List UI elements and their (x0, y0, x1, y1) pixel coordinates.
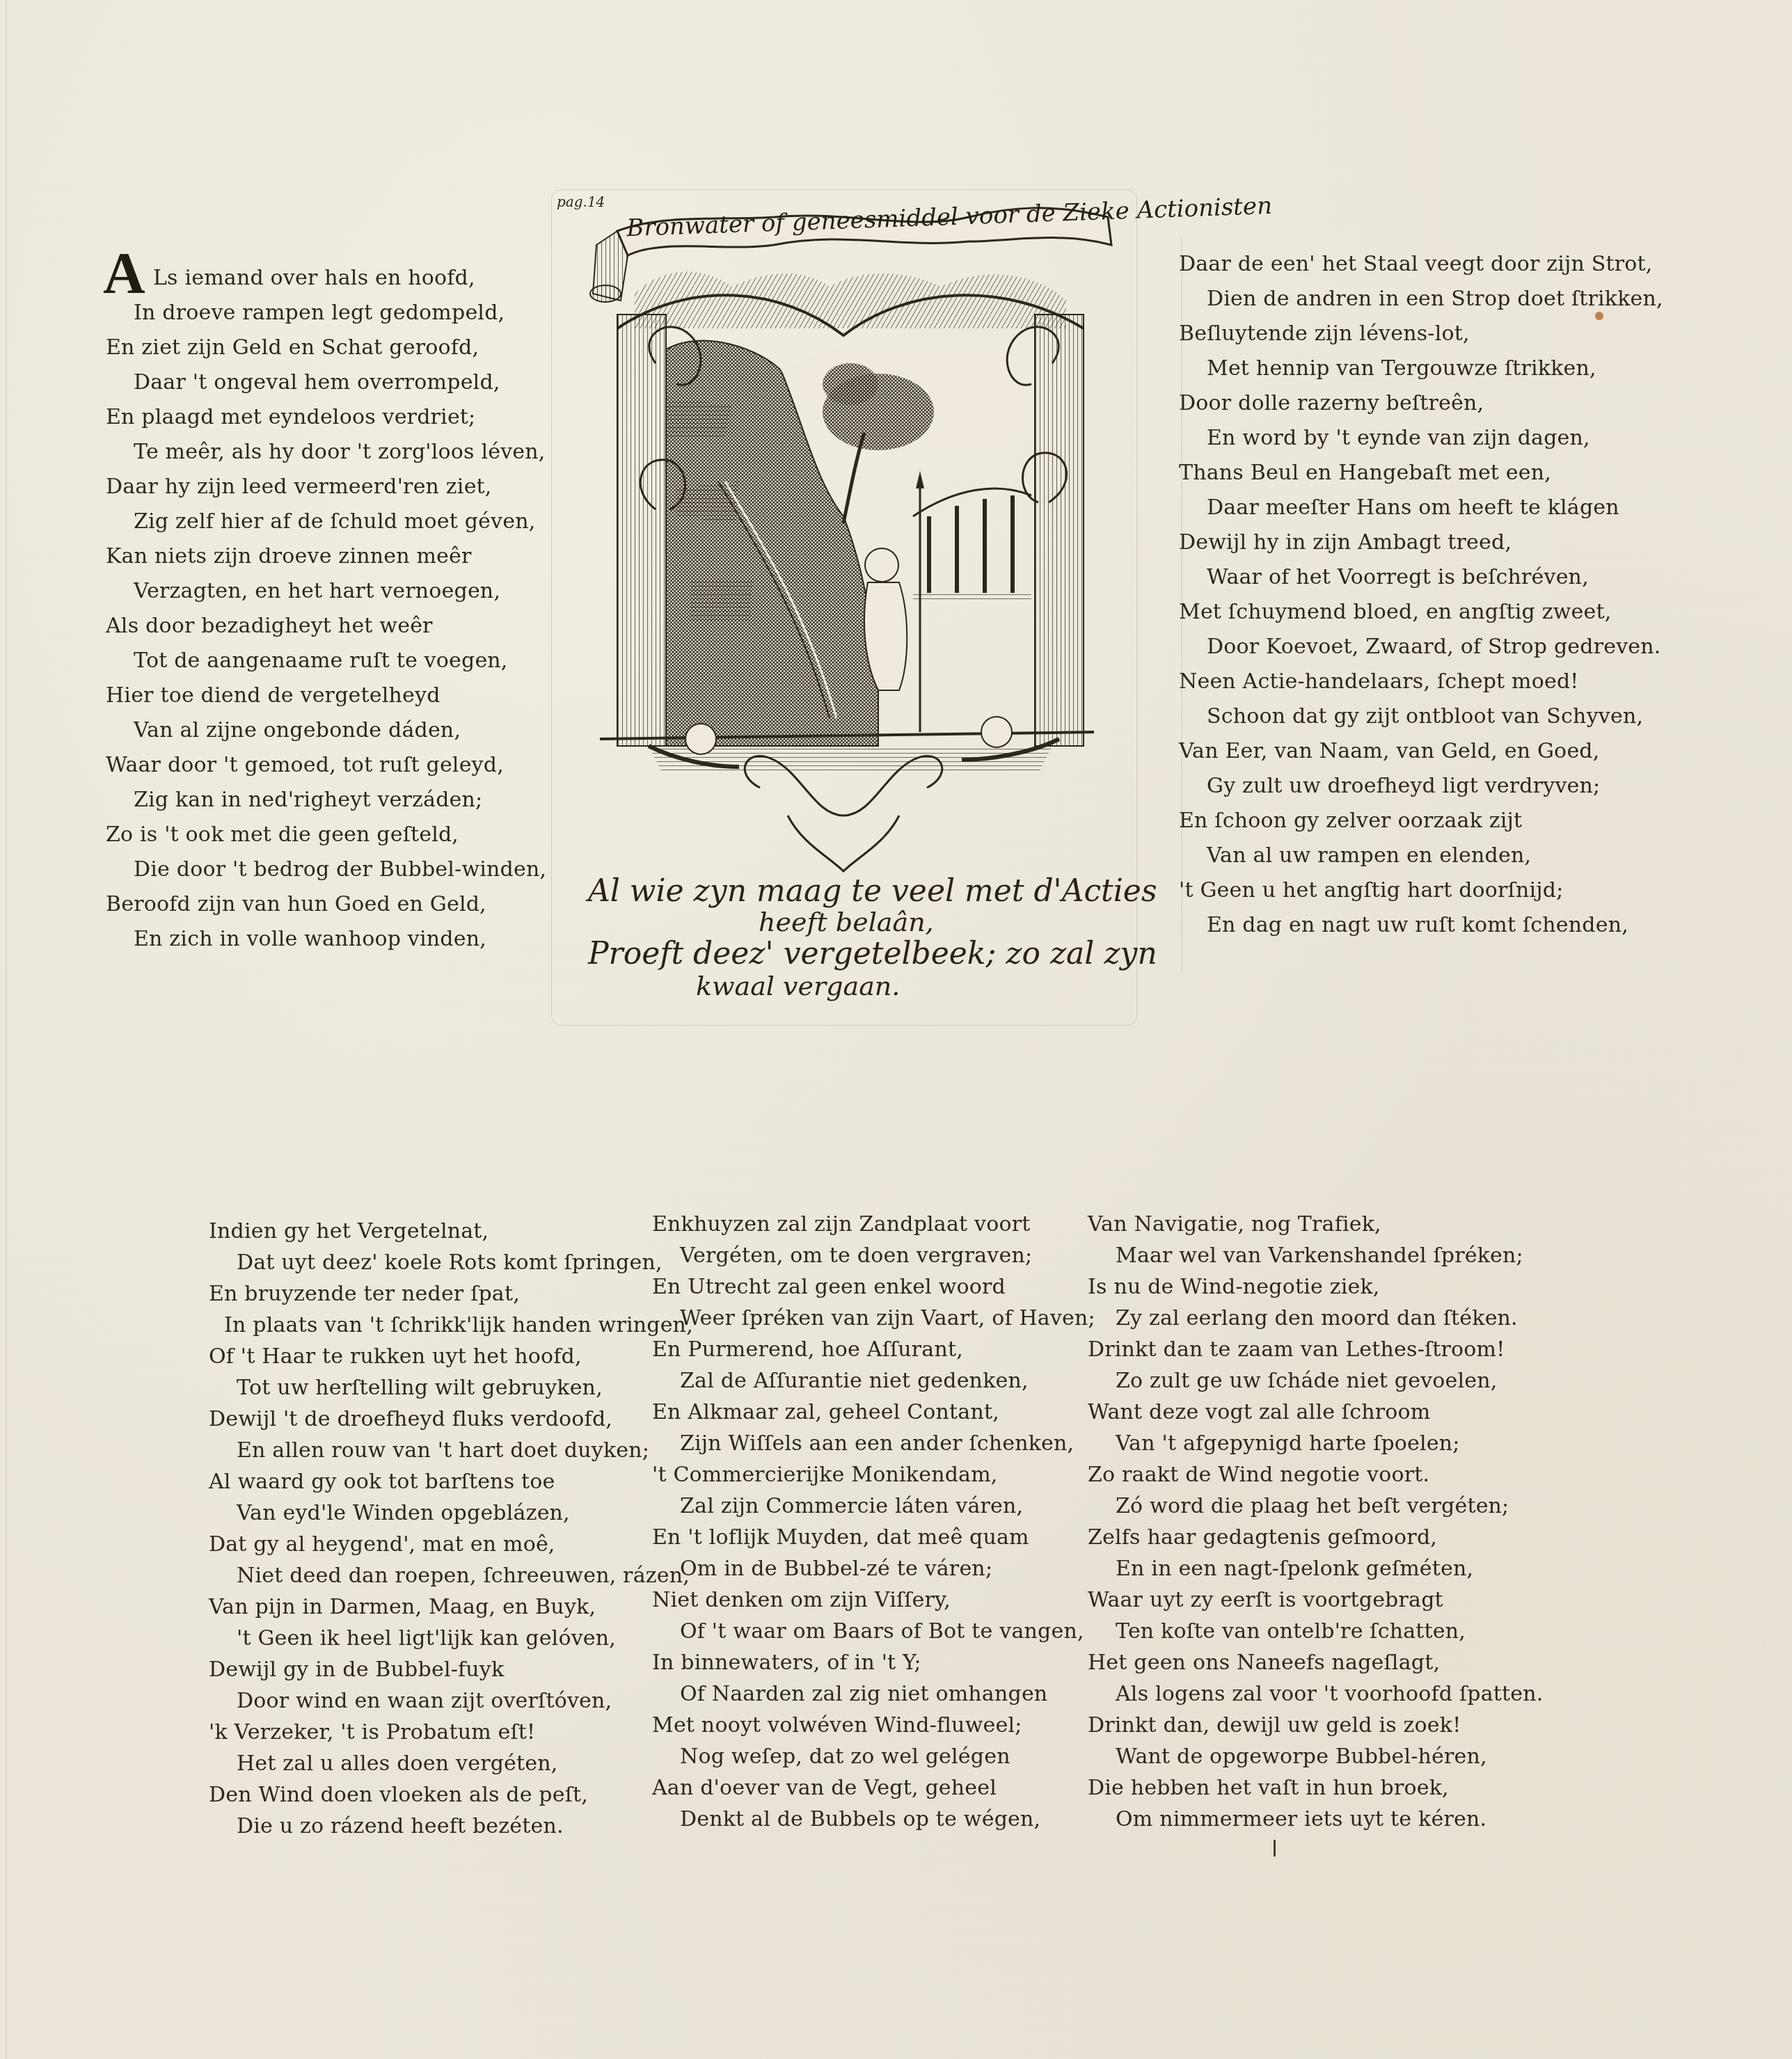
verse-line: Is nu de Wind-negotie ziek, (1088, 1273, 1380, 1301)
verse-line: Ten koſte van ontelb're ſchatten, (1116, 1618, 1466, 1646)
verse-line: Zig kan in ned'righeyt verzáden; (134, 786, 482, 814)
verse-line: Van eyd'le Winden opgeblázen, (237, 1500, 570, 1527)
ink-stain (1595, 312, 1603, 320)
verse-line: Beſluytende zijn lévens-lot, (1179, 320, 1470, 348)
verse-line: Zo zult ge uw ſcháde niet gevoelen, (1116, 1367, 1498, 1395)
verse-line: Want de opgeworpe Bubbel-héren, (1116, 1743, 1487, 1771)
verse-line: Maar wel van Varkenshandel ſpréken; (1116, 1242, 1523, 1270)
verse-line: Dewijl 't de droefheyd fluks verdoofd, (209, 1406, 612, 1433)
verse-line: Beroofd zijn van hun Goed en Geld, (106, 891, 486, 919)
verse-line: Of 't waar om Baars of Bot te vangen, (680, 1618, 1084, 1646)
verse-line: Neen Actie-handelaars, ſchept moed! (1179, 668, 1579, 696)
verse-line: En plaagd met eyndeloos verdriet; (106, 404, 475, 431)
verse-line: En allen rouw van 't hart doet duyken; (237, 1437, 649, 1465)
verse-line: Of 't Haar te rukken uyt het hoofd, (209, 1343, 582, 1371)
verse-line: Ls iemand over hals en hoofd, (153, 264, 475, 292)
verse-line: Want deze vogt zal alle ſchroom (1088, 1399, 1430, 1426)
verse-line: En bruyzende ter neder ſpat, (209, 1280, 520, 1308)
caption-line-4: kwaal vergaan. (696, 971, 900, 1001)
verse-line: Om nimmermeer iets uyt te kéren. (1116, 1806, 1486, 1834)
colonnade-icon (913, 488, 1031, 600)
verse-line: Die u zo rázend heeft bezéten. (237, 1813, 564, 1841)
verse-line: Van al zijne ongebonde dáden, (134, 717, 461, 745)
verse-line: En dag en nagt uw ruſt komt ſchenden, (1207, 912, 1628, 939)
verse-line: Met nooyt volwéven Wind-fluweel; (652, 1712, 1022, 1740)
verse-line: Die door 't bedrog der Bubbel-winden, (134, 856, 546, 884)
verse-line: Van al uw rampen en elenden, (1207, 842, 1531, 870)
verse-line: Of Naarden zal zig niet omhangen (680, 1680, 1047, 1708)
verse-line: Denkt al de Bubbels op te wégen, (680, 1806, 1040, 1834)
verse-line: En Utrecht zal geen enkel woord (652, 1273, 1006, 1301)
verse-line: Niet denken om zijn Viſſery, (652, 1587, 951, 1614)
verse-line: Zelfs haar gedagtenis geſmoord, (1088, 1524, 1437, 1552)
verse-line: Aan d'oever van de Vegt, geheel (652, 1774, 997, 1802)
verse-line: Het zal u alles doen vergéten, (237, 1750, 558, 1778)
verse-line: In droeve rampen legt gedompeld, (134, 299, 505, 327)
verse-line: Waar uyt zy eerſt is voortgebragt (1088, 1587, 1443, 1614)
verse-line: Van Navigatie, nog Trafiek, (1088, 1211, 1381, 1239)
verse-line: En Purmerend, hoe Aſſurant, (652, 1336, 963, 1364)
left-pillar (617, 315, 666, 746)
verse-line: Dewijl hy in zijn Ambagt treed, (1179, 529, 1512, 557)
verse-line: 'k Verzeker, 't is Probatum eſt! (209, 1719, 535, 1747)
verse-line: Als logens zal voor 't voorhoofd ſpatten… (1116, 1680, 1543, 1708)
verse-line: Den Wind doen vloeken als de peſt, (209, 1781, 588, 1809)
caption-line-2: heeft belaân, (759, 907, 934, 937)
verse-line: Van 't afgepynigd harte ſpoelen; (1116, 1430, 1460, 1458)
verse-line: En ſchoon gy zelver oorzaak zijt (1179, 807, 1522, 835)
verse-line: Zó word die plaag het beſt vergéten; (1116, 1493, 1509, 1520)
verse-line: 't Geen ik heel ligt'lijk kan gelóven, (237, 1625, 616, 1653)
verse-line: Tot uw herſtelling wilt gebruyken, (237, 1374, 603, 1402)
verse-line: Te meêr, als hy door 't zorg'loos léven, (134, 438, 546, 466)
verse-line: Zal de Aſſurantie niet gedenken, (680, 1367, 1029, 1395)
verse-line: En zich in volle wanhoop vinden, (134, 925, 486, 953)
verse-line: Waar of het Voorregt is beſchréven, (1207, 564, 1589, 591)
verse-line: Van pijn in Darmen, Maag, en Buyk, (209, 1593, 596, 1621)
verse-line: Dien de andren in een Strop doet ſtrikke… (1207, 285, 1663, 313)
verse-line: In plaats van 't ſchrikk'lijk handen wri… (224, 1312, 693, 1339)
caption-line-1: Al wie zyn maag te veel met d'Acties (588, 873, 1157, 909)
verse-line: Om in de Bubbel-zé te váren; (680, 1555, 992, 1583)
verse-line: Met ſchuymend bloed, en angſtig zweet, (1179, 598, 1611, 626)
verse-line: Door Koevoet, Zwaard, of Strop gedreven. (1207, 633, 1661, 661)
verse-line: Zig zelf hier af de ſchuld moet géven, (134, 508, 535, 536)
engraving-illustration (551, 189, 1136, 885)
verse-line: Gy zult uw droefheyd ligt verdryven; (1207, 772, 1600, 800)
verse-line: Daar 't ongeval hem overrompeld, (134, 369, 500, 397)
verse-line: Drinkt dan te zaam van Lethes-ſtroom! (1088, 1336, 1505, 1364)
verse-line: Enkhuyzen zal zijn Zandplaat voort (652, 1211, 1030, 1239)
verse-line: En ziet zijn Geld en Schat geroofd, (106, 334, 479, 362)
verse-line: Als door bezadigheyt het weêr (106, 612, 433, 640)
verse-line: Het geen ons Naneefs nageſlagt, (1088, 1649, 1440, 1677)
verse-line: Waar door 't gemoed, tot ruſt geleyd, (106, 752, 504, 779)
verse-line: En Alkmaar zal, geheel Contant, (652, 1399, 999, 1426)
verse-line: In binnewaters, of in 't Y; (652, 1649, 921, 1677)
verse-line: Dewijl gy in de Bubbel-fuyk (209, 1656, 504, 1684)
drop-cap: A (103, 245, 145, 303)
verse-line: Zo raakt de Wind negotie voort. (1088, 1461, 1429, 1489)
verse-line: Kan niets zijn droeve zinnen meêr (106, 543, 472, 571)
verse-line: Tot de aangenaame ruſt te voegen, (134, 647, 508, 675)
verse-line: Hier toe diend de vergetelheyd (106, 682, 441, 710)
verse-line: Zijn Wiſſels aan een ander ſchenken, (680, 1430, 1074, 1458)
verse-line: 't Geen u het angſtig hart doorſnijd; (1179, 877, 1563, 905)
verse-line: Daar meeſter Hans om heeft te klágen (1207, 494, 1619, 522)
verse-line: En 't loflijk Muyden, dat meê quam (652, 1524, 1029, 1552)
verse-line: Niet deed dan roepen, ſchreeuwen, rázen, (237, 1562, 690, 1590)
verse-line: Nog weſep, dat zo wel gelégen (680, 1743, 1010, 1771)
verse-line: Verzagten, en het hart vernoegen, (134, 578, 500, 605)
verse-line: 't Commercierijke Monikendam, (652, 1461, 998, 1489)
verse-line: Van Eer, van Naam, van Geld, en Goed, (1179, 738, 1599, 765)
verse-line: Drinkt dan, dewijl uw geld is zoek! (1088, 1712, 1461, 1740)
verse-line: Zy zal eerlang den moord dan ſtéken. (1116, 1305, 1518, 1333)
verse-line: Al waard gy ook tot barſtens toe (209, 1468, 555, 1496)
signature-mark (1274, 1840, 1276, 1857)
verse-line: Door wind en waan zijt overſtóven, (237, 1687, 612, 1715)
verse-line: Daar hy zijn leed vermeerd'ren ziet, (106, 473, 492, 501)
verse-line: Weer ſpréken van zijn Vaart, of Haven; (680, 1305, 1095, 1333)
verse-line: Met hennip van Tergouwze ſtrikken, (1207, 355, 1596, 383)
verse-line: Zo is 't ook met die geen geſteld, (106, 821, 459, 849)
caption-line-3: Proeft deez' vergetelbeek; zo zal zyn (588, 936, 1157, 971)
verse-line: Schoon dat gy zijt ontbloot van Schyven, (1207, 703, 1643, 731)
verse-line: Daar de een' het Staal veegt door zijn S… (1179, 251, 1653, 278)
verse-line: Dat gy al heygend', mat en moê, (209, 1531, 555, 1559)
verse-line: Door dolle razerny beſtreên, (1179, 390, 1484, 418)
verse-line: Indien gy het Vergetelnat, (209, 1218, 489, 1246)
verse-line: Vergéten, om te doen vergraven; (680, 1242, 1032, 1270)
sheet-edge (6, 0, 7, 2059)
verse-line: Zal zijn Commercie láten váren, (680, 1493, 1023, 1520)
verse-line: En in een nagt-ſpelonk geſméten, (1116, 1555, 1473, 1583)
verse-line: Dat uyt deez' koele Rots komt ſpringen, (237, 1249, 663, 1277)
verse-line: Die hebben het vaſt in hun broek, (1088, 1774, 1449, 1802)
verse-line: En word by 't eynde van zijn dagen, (1207, 424, 1590, 452)
right-pillar (1035, 315, 1084, 746)
verse-line: Thans Beul en Hangebaſt met een, (1179, 459, 1551, 487)
foliage-top-icon (635, 272, 1066, 328)
